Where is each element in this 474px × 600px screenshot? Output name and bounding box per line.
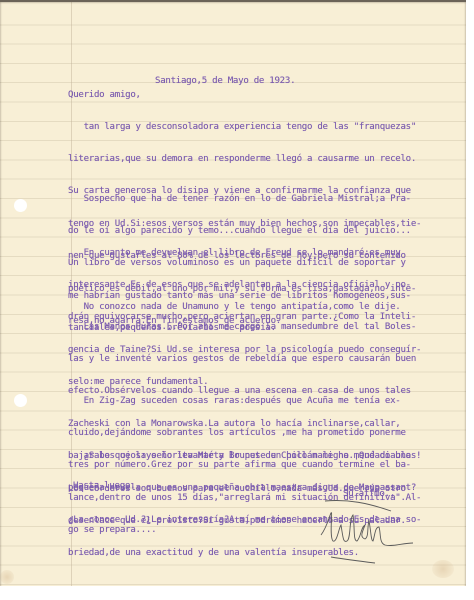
text-line: Las Manos Puras...Por ahí me cargó la ma… [68,322,421,333]
paper-stain [432,560,454,578]
text-line: En cuanto me devuelvan el libro de Freud… [68,248,421,259]
text-line: literarias,que su demora en responderme … [68,154,421,165]
paper-stain [0,570,14,584]
handwritten-signature-icon [313,497,413,577]
paper-top-edge [0,0,466,2]
text-line: ¿Sabe que la señorita Marta Brunet de Ch… [68,451,421,462]
text-line: tan larga y desconsoladora experiencia t… [68,122,421,133]
letter-page: Santiago,5 de Mayo de 1923. Querido amig… [0,0,466,586]
text-line: las y le inventé varios gestos de rebeld… [68,354,421,365]
letter-date: Santiago,5 de Mayo de 1923. [155,76,295,87]
letter-closing: Hasta luego. [73,481,135,492]
text-line: Sospecho que ha de tener razón en lo de … [68,194,411,205]
punch-hole-lower [14,394,27,407]
punch-hole-upper [14,199,27,212]
text-line: En Zig-Zag suceden cosas raras:después q… [68,396,421,407]
